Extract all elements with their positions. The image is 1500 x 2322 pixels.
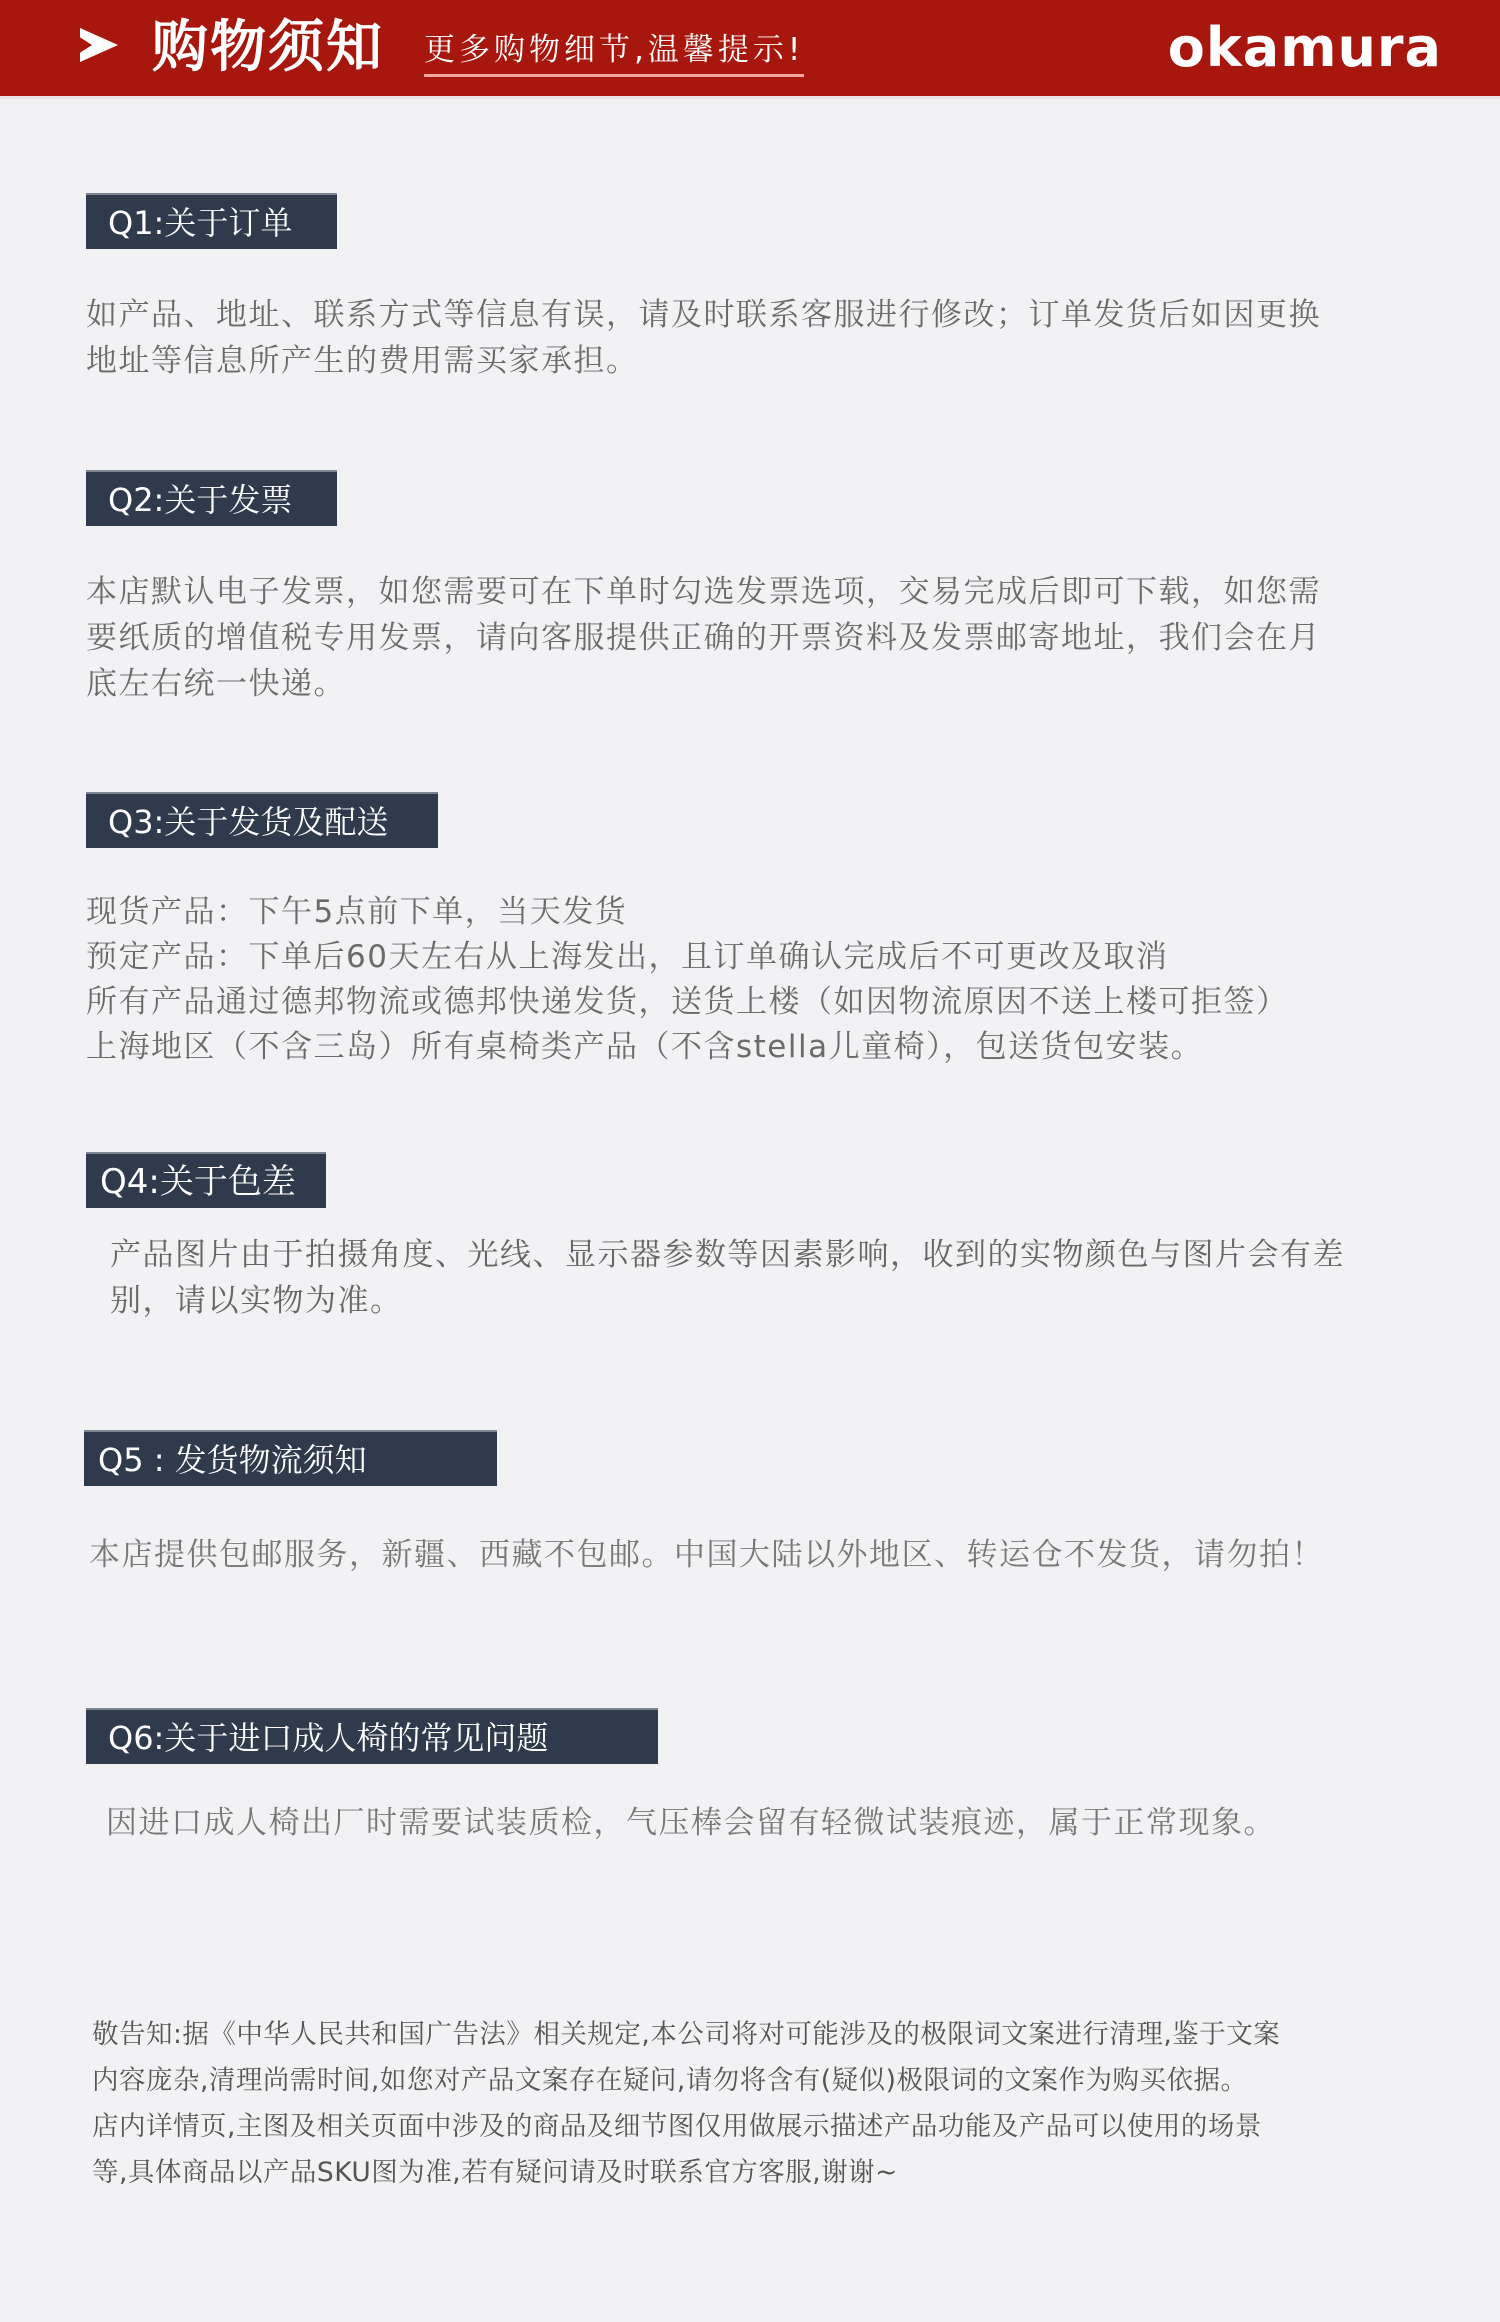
- section-label-q5: Q5 : 发货物流须知: [84, 1430, 497, 1486]
- section-body-q1: 如产品、地址、联系方式等信息有误，请及时联系客服进行修改；订单发货后如因更换 地…: [86, 292, 1426, 384]
- text-line: 地址等信息所产生的费用需买家承担。: [86, 338, 1426, 384]
- brand-logo: okamura: [1168, 18, 1442, 78]
- text-line: 本店提供包邮服务，新疆、西藏不包邮。中国大陆以外地区、转运仓不发货，请勿拍！: [89, 1532, 1429, 1578]
- page-title: 购物须知: [152, 10, 384, 86]
- legal-notice: 敬告知:据《中华人民共和国广告法》相关规定,本公司将对可能涉及的极限词文案进行清…: [92, 2012, 1412, 2196]
- page-subtitle: 更多购物细节,温馨提示!: [424, 30, 804, 77]
- text-line: 如产品、地址、联系方式等信息有误，请及时联系客服进行修改；订单发货后如因更换: [86, 292, 1426, 338]
- text-line: 现货产品：下午5点前下单，当天发货: [86, 890, 1426, 935]
- section-label-q4: Q4:关于色差: [86, 1152, 326, 1208]
- notice-line: 敬告知:据《中华人民共和国广告法》相关规定,本公司将对可能涉及的极限词文案进行清…: [92, 2012, 1412, 2058]
- text-line: 预定产品：下单后60天左右从上海发出，且订单确认完成后不可更改及取消: [86, 935, 1426, 980]
- section-label-q6: Q6:关于进口成人椅的常见问题: [86, 1708, 658, 1764]
- text-line: 别，请以实物为准。: [110, 1278, 1450, 1324]
- text-line: 本店默认电子发票，如您需要可在下单时勾选发票选项，交易完成后即可下载，如您需: [86, 569, 1426, 615]
- section-label-q3: Q3:关于发货及配送: [86, 792, 438, 848]
- notice-line: 等,具体商品以产品SKU图为准,若有疑问请及时联系官方客服,谢谢~: [92, 2150, 1412, 2196]
- section-label-q2: Q2:关于发票: [86, 470, 337, 526]
- section-body-q4: 产品图片由于拍摄角度、光线、显示器参数等因素影响，收到的实物颜色与图片会有差 别…: [110, 1232, 1450, 1324]
- chevron-right-icon-notch: [78, 36, 92, 54]
- notice-line: 内容庞杂,清理尚需时间,如您对产品文案存在疑问,请勿将含有(疑似)极限词的文案作…: [92, 2058, 1412, 2104]
- text-line: 要纸质的增值税专用发票，请向客服提供正确的开票资料及发票邮寄地址，我们会在月: [86, 615, 1426, 661]
- section-body-q2: 本店默认电子发票，如您需要可在下单时勾选发票选项，交易完成后即可下载，如您需 要…: [86, 569, 1426, 707]
- text-line: 所有产品通过德邦物流或德邦快递发货，送货上楼（如因物流原因不送上楼可拒签）: [86, 980, 1426, 1025]
- text-line: 因进口成人椅出厂时需要试装质检，气压棒会留有轻微试装痕迹，属于正常现象。: [106, 1800, 1446, 1846]
- section-body-q5: 本店提供包邮服务，新疆、西藏不包邮。中国大陆以外地区、转运仓不发货，请勿拍！: [89, 1532, 1429, 1578]
- notice-line: 店内详情页,主图及相关页面中涉及的商品及细节图仅用做展示描述产品功能及产品可以使…: [92, 2104, 1412, 2150]
- header-bar: 购物须知 更多购物细节,温馨提示! okamura: [0, 0, 1500, 99]
- text-line: 产品图片由于拍摄角度、光线、显示器参数等因素影响，收到的实物颜色与图片会有差: [110, 1232, 1450, 1278]
- section-body-q6: 因进口成人椅出厂时需要试装质检，气压棒会留有轻微试装痕迹，属于正常现象。: [106, 1800, 1446, 1846]
- section-body-q3: 现货产品：下午5点前下单，当天发货 预定产品：下单后60天左右从上海发出，且订单…: [86, 890, 1426, 1070]
- text-line: 底左右统一快递。: [86, 661, 1426, 707]
- text-line: 上海地区（不含三岛）所有桌椅类产品（不含stella儿童椅），包送货包安装。: [86, 1025, 1426, 1070]
- section-label-q1: Q1:关于订单: [86, 193, 337, 249]
